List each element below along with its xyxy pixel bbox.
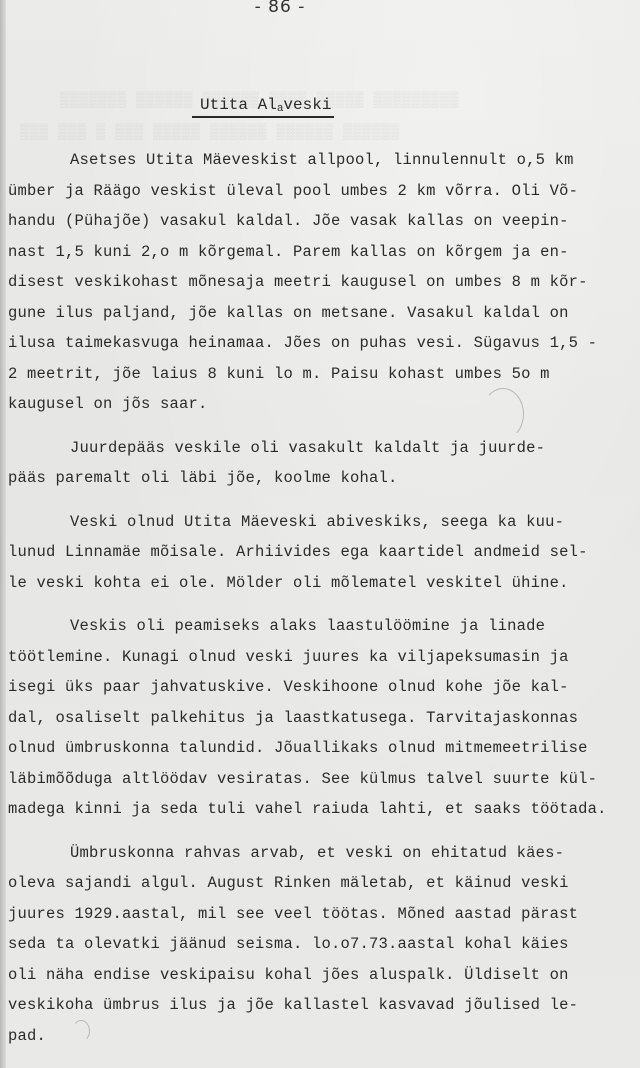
text-line: olnud ümbruskonna talundid. Jõuallikaks … (8, 733, 640, 764)
document-page: ▒▒▒▒▒▒▒ ▒▒▒▒▒▒ ▒▒▒▒▒▒ ▒▒▒▒ ▒▒▒▒▒ ▒▒▒▒▒▒▒… (0, 0, 640, 1068)
text-line: ilusa taimekasvuga heinamaa. Jões on puh… (8, 328, 640, 359)
text-line: Juurdepääs veskile oli vasakult kaldalt … (8, 433, 640, 464)
text-line: nast 1,5 kuni 2,o m kõrgemal. Parem kall… (8, 237, 640, 268)
text-line: Asetses Utita Mäeveskist allpool, linnul… (8, 145, 640, 176)
text-line: juures 1929.aastal, mil see veel töötas.… (8, 899, 640, 930)
text-line: Veskis oli peamiseks alaks laastulöömine… (8, 611, 640, 642)
body-text: Asetses Utita Mäeveskist allpool, linnul… (8, 145, 640, 1051)
text-line: pääs paremalt oli läbi jõe, koolme kohal… (8, 463, 640, 494)
text-line: dal, osaliselt palkehitus ja laastkatuse… (8, 703, 640, 734)
title-part: veski (283, 96, 331, 114)
document-title: Utita Alaveski (192, 96, 334, 118)
bleed-through-text: ▒▒▒ ▒▒▒ ▒ ▒▒▒ ▒▒▒▒▒ ▒▒▒▒▒▒ ▒▒▒▒▒▒ ▒▒▒▒▒▒ (20, 124, 400, 141)
title-part: Utita Al (200, 96, 277, 114)
text-line: läbimõõduga altlöödav vesiratas. See kül… (8, 764, 640, 795)
text-line: kaugusel on jõs saar. (8, 389, 640, 420)
text-line: 2 meetrit, jõe laius 8 kuni lo m. Paisu … (8, 359, 640, 390)
text-line: Veski olnud Utita Mäeveski abiveskiks, s… (8, 507, 640, 538)
text-line: ümber ja Räägo veskist üleval pool umbes… (8, 176, 640, 207)
text-line: Ümbruskonna rahvas arvab, et veski on eh… (8, 838, 640, 869)
text-line: pad. (8, 1021, 640, 1052)
pencil-mark (72, 1020, 90, 1042)
text-line: gune ilus paljand, jõe kallas on metsane… (8, 298, 640, 329)
text-line: handu (Pühajõe) vasakul kaldal. Jõe vasa… (8, 206, 640, 237)
text-line: lunud Linnamäe mõisale. Arhiivides ega k… (8, 537, 640, 568)
pencil-mark (482, 388, 524, 440)
text-line: le veski kohta ei ole. Mölder oli mõlema… (8, 568, 640, 599)
page-number: - 86 - (0, 0, 560, 17)
scan-edge-shadow (0, 0, 6, 1068)
text-line: veskikoha ümbrus ilus ja jõe kallastel k… (8, 990, 640, 1021)
text-line: isegi üks paar jahvatuskive. Veskihoone … (8, 672, 640, 703)
text-line: oli näha endise veskipaisu kohal jões al… (8, 960, 640, 991)
text-line: disest veskikohast mõnesaja meetri kaugu… (8, 267, 640, 298)
text-line: oleva sajandi algul. August Rinken mälet… (8, 868, 640, 899)
text-line: madega kinni ja seda tuli vahel raiuda l… (8, 794, 640, 825)
text-line: seda ta olevatki jäänud seisma. lo.o7.73… (8, 929, 640, 960)
text-line: töötlemine. Kunagi olnud veski juures ka… (8, 642, 640, 673)
